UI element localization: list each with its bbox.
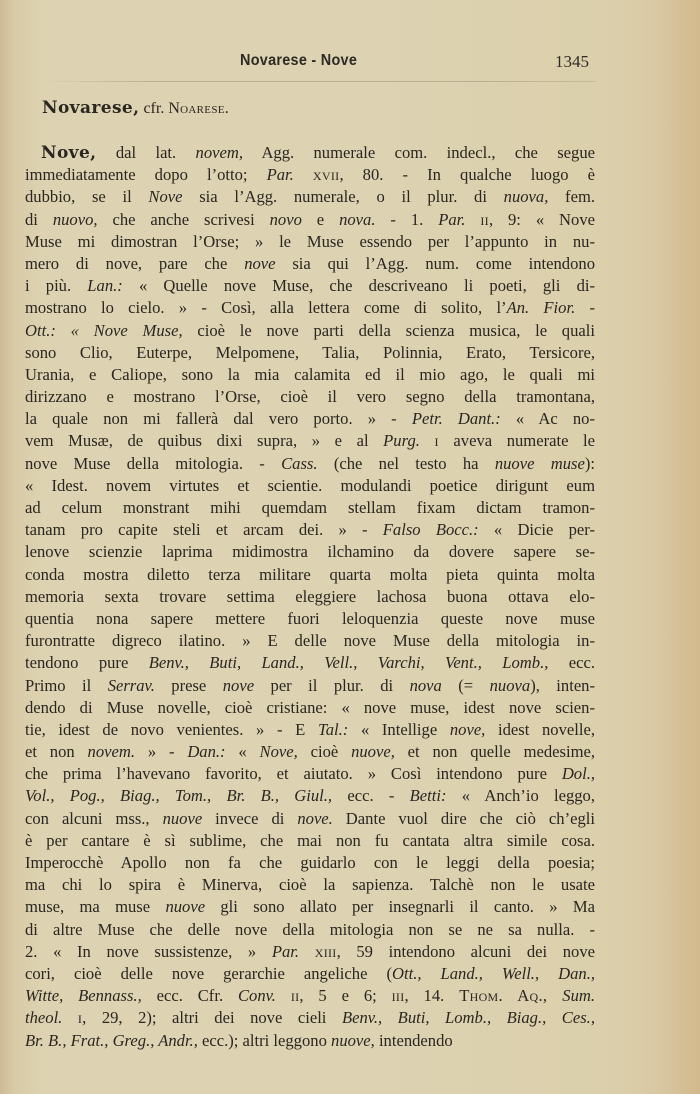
roman-numeral-ref: iii (392, 986, 405, 1005)
running-head: Novarese - Nove 1345 (0, 52, 700, 76)
italic-citation: Serrav. (108, 676, 155, 695)
text-line: quentia nona sapere mettere fuori leloqu… (25, 608, 595, 630)
text-line: immediatamente dopo l’otto; Par. xvii, 8… (25, 164, 595, 186)
text-line: furontratte digreco ilatino. » E delle n… (25, 630, 595, 652)
text-run: che anche scrivesi (98, 210, 270, 229)
text-line: vem Musæ, de quibus dixi supra, » e al P… (25, 430, 595, 452)
text-line: è per cantare è sì sublime, che mai non … (25, 830, 595, 852)
text-run: sia l’Agg. numerale, o il plur. di (183, 187, 504, 206)
italic-citation: Lan.: (87, 276, 123, 295)
italic-citation: nove, (450, 720, 485, 739)
italic-citation: nuove, (351, 742, 395, 761)
text-run: ecc. - (332, 786, 410, 805)
italic-citation: nova (410, 676, 442, 695)
text-run: , 5 e 6; (299, 986, 391, 1005)
text-run: ad celum monstrant mihi quemdam stellam … (25, 498, 595, 517)
italic-citation: Falso Bocc.: (383, 520, 479, 539)
page-number: 1345 (555, 52, 589, 72)
text-run: quentia nona sapere mettere fuori leloqu… (25, 609, 595, 628)
text-run (547, 986, 562, 1005)
text-run: tanam pro capite steli et arcam dei. » - (25, 520, 383, 539)
text-line: la quale non mi fallerà dal vero porto. … (25, 408, 595, 430)
text-run: « Quelle nove Muse, che descriveano li p… (123, 276, 595, 295)
text-run: , 9: « Nove (489, 210, 595, 229)
text-run: dirizzano e mostrano l’Orse, cioè il ver… (25, 387, 595, 406)
text-run: « Anch’io leggo, (446, 786, 595, 805)
text-run (420, 431, 435, 450)
text-run: che prima l’havevano favorito, et aiutat… (25, 764, 562, 783)
italic-citation: nuovo, (53, 210, 98, 229)
text-run: , 29, 2); altri dei nove cieli (82, 1008, 342, 1027)
text-run: tendono pure (25, 653, 149, 672)
text-line: « Idest. novem virtutes et scientie. mod… (25, 475, 595, 497)
text-run: » - (135, 742, 187, 761)
text-run: « Dicie per- (479, 520, 595, 539)
text-line: che prima l’havevano favorito, et aiutat… (25, 763, 595, 785)
italic-citation: Br. B., Frat., Greg., Andr., (25, 1031, 198, 1050)
text-line: Witte, Bennass., ecc. Cfr. Conv. ii, 5 e… (25, 985, 595, 1007)
italic-citation: nuove, (331, 1031, 375, 1050)
text-line: dubbio, se il Nove sia l’Agg. numerale, … (25, 186, 595, 208)
italic-citation: Ott., Land., Well., Dan., (392, 964, 595, 983)
roman-numeral-ref: xiii (315, 942, 337, 961)
text-run: di (25, 210, 53, 229)
text-run: , 14. (405, 986, 460, 1005)
text-line: tanam pro capite steli et arcam dei. » -… (25, 519, 595, 541)
text-line: Br. B., Frat., Greg., Andr., ecc.); altr… (25, 1030, 595, 1052)
text-run (276, 986, 291, 1005)
italic-citation: Betti: (410, 786, 447, 805)
text-line: Muse mi dimostran l’Orse; » le Muse esse… (25, 231, 595, 253)
text-line: mostrano lo cielo. » - Così, alla letter… (25, 297, 595, 319)
text-line: i più. Lan.: « Quelle nove Muse, che des… (25, 275, 595, 297)
text-run: e (302, 210, 339, 229)
text-line: mero di nove, pare che nove sia qui l’Ag… (25, 253, 595, 275)
text-run: cori, cioè delle nove gerarchie angelich… (25, 964, 392, 983)
text-run: sono Clio, Euterpe, Melpomene, Talia, Po… (25, 343, 595, 362)
text-line: con alcuni mss., nuove invece di nove. D… (25, 808, 595, 830)
italic-citation: Tal.: (318, 720, 348, 739)
text-line: et non novem. » - Dan.: « Nove, cioè nuo… (25, 741, 595, 763)
cross-reference: Noarese. (168, 100, 229, 117)
text-run: di altre Muse che delle nove della mitol… (25, 920, 595, 939)
text-line: Urania, e Caliope, sono la mia calamita … (25, 364, 595, 386)
italic-citation: nova. (339, 210, 375, 229)
italic-citation: Cass. (281, 454, 317, 473)
text-run: « Ac no- (501, 409, 595, 428)
text-run: cioè le nove parti della scienza musica,… (183, 321, 595, 340)
cfr-label: cfr. (143, 100, 164, 117)
text-run: ), inten- (530, 676, 595, 695)
italic-citation: Benv., Buti, Lomb., Biag., Ces., (342, 1008, 595, 1027)
text-line: dendo di Muse novelle, cioè cristiane: «… (25, 697, 595, 719)
text-run: Primo il (25, 676, 108, 695)
text-line: ma chi lo spira è Minerva, cioè la sapie… (25, 874, 595, 896)
text-run: ecc. Cfr. (142, 986, 238, 1005)
text-run: per il plur. di (254, 676, 410, 695)
italic-citation: Conv. (238, 986, 276, 1005)
text-run: 2. « In nove sussistenze, » (25, 942, 272, 961)
text-run: i più. (25, 276, 87, 295)
text-run: la quale non mi fallerà dal vero porto. … (25, 409, 412, 428)
text-line: sono Clio, Euterpe, Melpomene, Talia, Po… (25, 342, 595, 364)
italic-citation: nove. (297, 809, 332, 828)
italic-citation: Par. (272, 942, 299, 961)
italic-citation: Par. (267, 165, 294, 184)
text-line: ad celum monstrant mihi quemdam stellam … (25, 497, 595, 519)
text-line: conda mostra diletto terza militare quar… (25, 564, 595, 586)
text-run: invece di (202, 809, 297, 828)
text-run: (= (442, 676, 490, 695)
text-run: muse, ma muse (25, 897, 165, 916)
text-run: fem. (548, 187, 595, 206)
text-run: dendo di Muse novelle, cioè cristiane: «… (25, 698, 595, 717)
text-run: ): (585, 454, 595, 473)
text-line: nove Muse della mitologia. - Cass. (che … (25, 453, 595, 475)
text-run (299, 942, 315, 961)
roman-numeral-ref: Thom. Aq., (459, 986, 547, 1005)
text-line: di nuovo, che anche scrivesi novo e nova… (25, 209, 595, 231)
text-line: Vol., Pog., Biag., Tom., Br. B., Giul., … (25, 785, 595, 807)
text-run (465, 210, 480, 229)
text-run: idest novelle, (485, 720, 595, 739)
text-run: - 1. (375, 210, 438, 229)
text-line: 2. « In nove sussistenze, » Par. xiii, 5… (25, 941, 595, 963)
text-run (294, 165, 313, 184)
text-run: aveva numerate le (439, 431, 595, 450)
text-run: « Idest. novem virtutes et scientie. mod… (25, 476, 595, 495)
entry-novarese: Novarese, cfr. Noarese. (42, 98, 229, 118)
italic-citation: Dan.: (187, 742, 225, 761)
italic-citation: nuove (163, 809, 203, 828)
book-page: Novarese - Nove 1345 Novarese, cfr. Noar… (0, 0, 700, 1094)
text-run: nove Muse della mitologia. - (25, 454, 281, 473)
text-run: prese (155, 676, 223, 695)
page-edge-shadow-right (660, 0, 700, 1094)
text-line: muse, ma muse nuove gli sono allato per … (25, 896, 595, 918)
italic-citation: Benv., Buti, Land., Vell., Varchi, Vent.… (149, 653, 549, 672)
italic-citation: novem. (88, 742, 135, 761)
text-run: , 80. - In qualche luogo è (339, 165, 595, 184)
italic-citation: Dol., (562, 764, 595, 783)
text-run: et non quelle medesime, (395, 742, 595, 761)
text-line: dirizzano e mostrano l’Orse, cioè il ver… (25, 386, 595, 408)
italic-citation: nuove muse (495, 454, 585, 473)
text-line: Primo il Serrav. prese nove per il plur.… (25, 675, 595, 697)
italic-citation: Vol., Pog., Biag., Tom., Br. B., Giul., (25, 786, 332, 805)
italic-citation: theol. (25, 1008, 62, 1027)
text-line: tie, idest de novo venientes. » - E Tal.… (25, 719, 595, 741)
italic-citation: novem, (196, 143, 243, 162)
text-run: intendendo (375, 1031, 453, 1050)
text-run: cioè (298, 742, 351, 761)
italic-citation: Ott.: « Nove Muse, (25, 321, 183, 340)
text-run: furontratte digreco ilatino. » E delle n… (25, 631, 595, 650)
text-run: Muse mi dimostran l’Orse; » le Muse esse… (25, 232, 595, 251)
italic-citation: Sum. (562, 986, 595, 1005)
text-run: dubbio, se il (25, 187, 148, 206)
text-run: lenove scienzie laprima midimostra ilcha… (25, 542, 595, 561)
text-run: gli sono allato per insegnarli il canto.… (205, 897, 595, 916)
italic-citation: Witte, Bennass., (25, 986, 142, 1005)
text-run: vem Musæ, de quibus dixi supra, » e al (25, 431, 383, 450)
headword-nove: Nove, (41, 143, 97, 163)
italic-citation: nove (223, 676, 254, 695)
text-run: ma chi lo spira è Minerva, cioè la sapie… (25, 875, 595, 894)
italic-citation: nuova, (504, 187, 549, 206)
text-run: mero di nove, pare che (25, 254, 244, 273)
text-run: dal lat. (97, 143, 196, 162)
text-run: et non (25, 742, 88, 761)
text-run: è per cantare è sì sublime, che mai non … (25, 831, 595, 850)
running-head-title: Novarese - Nove (240, 52, 357, 70)
text-run: Dante vuol dire che ciò ch’egli (333, 809, 595, 828)
italic-citation: nove (244, 254, 275, 273)
text-line: Ott.: « Nove Muse, cioè le nove parti de… (25, 320, 595, 342)
text-run: con alcuni mss., (25, 809, 163, 828)
text-run: conda mostra diletto terza militare quar… (25, 565, 595, 584)
text-run: mostrano lo cielo. » - Così, alla letter… (25, 298, 507, 317)
italic-citation: Nove, (260, 742, 298, 761)
text-run: « Intellige (348, 720, 450, 739)
text-run: Agg. numerale com. indecl., che segue (243, 143, 595, 162)
text-line: Imperocchè Apollo non fa che guidarlo co… (25, 852, 595, 874)
italic-citation: An. Fior. - (507, 298, 595, 317)
text-run: , 59 intendono alcuni dei nove (337, 942, 595, 961)
text-line: Nove, dal lat. novem, Agg. numerale com.… (25, 142, 595, 164)
text-run: Urania, e Caliope, sono la mia calamita … (25, 365, 595, 384)
italic-citation: Nove (148, 187, 182, 206)
text-line: cori, cioè delle nove gerarchie angelich… (25, 963, 595, 985)
headword-novarese: Novarese, (42, 98, 139, 118)
header-rule (40, 81, 596, 82)
italic-citation: Par. (438, 210, 465, 229)
page-edge-shadow-left (0, 0, 14, 1094)
italic-citation: novo (270, 210, 302, 229)
text-run: Imperocchè Apollo non fa che guidarlo co… (25, 853, 595, 872)
text-line: memoria sexta trovare settima eleggiere … (25, 586, 595, 608)
text-run: ecc. (548, 653, 595, 672)
entry-nove: Nove, dal lat. novem, Agg. numerale com.… (25, 142, 595, 1052)
text-run (62, 1008, 78, 1027)
text-run: sia qui l’Agg. num. come intendono (276, 254, 595, 273)
text-run: memoria sexta trovare settima eleggiere … (25, 587, 595, 606)
italic-citation: Purg. (383, 431, 420, 450)
italic-citation: nuova (490, 676, 531, 695)
italic-citation: Petr. Dant.: (412, 409, 501, 428)
text-line: tendono pure Benv., Buti, Land., Vell., … (25, 652, 595, 674)
roman-numeral-ref: ii (480, 210, 489, 229)
roman-numeral-ref: xvii (313, 165, 340, 184)
text-run: immediatamente dopo l’otto; (25, 165, 267, 184)
text-line: theol. i, 29, 2); altri dei nove cieli B… (25, 1007, 595, 1029)
text-line: lenove scienzie laprima midimostra ilcha… (25, 541, 595, 563)
italic-citation: nuove (165, 897, 205, 916)
text-run: tie, idest de novo venientes. » - E (25, 720, 318, 739)
text-run: « (226, 742, 260, 761)
text-run: ecc.); altri leggono (198, 1031, 331, 1050)
text-run: (che nel testo ha (318, 454, 495, 473)
text-line: di altre Muse che delle nove della mitol… (25, 919, 595, 941)
